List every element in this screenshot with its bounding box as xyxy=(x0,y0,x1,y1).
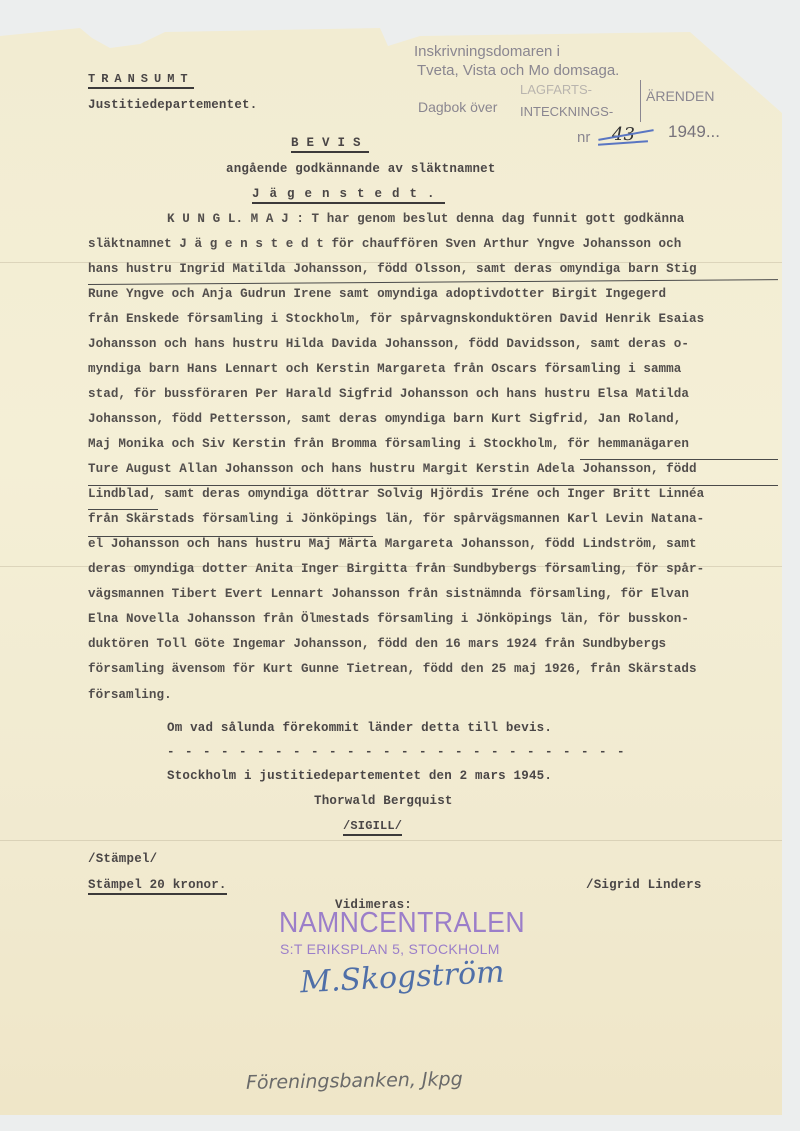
stamp-note: /Stämpel/ xyxy=(88,852,157,866)
countersign-name: /Sigrid Linders xyxy=(586,878,702,892)
pen-underline xyxy=(88,509,158,510)
pen-underline xyxy=(580,459,778,460)
decision-text-line: församling. xyxy=(88,688,172,702)
dash-rule: - - - - - - - - - - - - - - - - - - - - … xyxy=(167,745,626,759)
registry-bracket xyxy=(640,80,641,122)
registry-dagbok-label: Dagbok över xyxy=(418,99,497,115)
decision-text-line: Lindblad, samt deras omyndiga döttrar So… xyxy=(88,487,704,501)
decision-text-line: el Johansson och hans hustru Maj Märta M… xyxy=(88,537,697,551)
decision-text-line: vägsmannen Tibert Evert Lennart Johansso… xyxy=(88,587,689,601)
signatory-name: Thorwald Bergquist xyxy=(314,794,453,808)
decision-text-line: Rune Yngve och Anja Gudrun Irene samt om… xyxy=(88,287,666,301)
registry-stamp-line1: Inskrivningsdomaren i xyxy=(414,43,560,60)
agency-stamp-address: S:T ERIKSPLAN 5, STOCKHOLM xyxy=(280,941,500,957)
registry-stamp-line2: Tveta, Vista och Mo domsaga. xyxy=(417,62,619,79)
transumt-label: TRANSUMT xyxy=(88,72,194,89)
stamp-fee: Stämpel 20 kronor. xyxy=(88,878,227,895)
pen-underline xyxy=(88,485,778,486)
decision-text-line: församling ävensom för Kurt Gunne Tietre… xyxy=(88,662,697,676)
document-subtitle: angående godkännande av släktnamnet xyxy=(226,162,496,176)
registry-type-intecknings: INTECKNINGS- xyxy=(520,104,613,119)
decision-text-line: Elna Novella Johansson från Ölmestads fö… xyxy=(88,612,689,626)
closing-statement: Om vad sålunda förekommit länder detta t… xyxy=(167,721,552,735)
decision-text-line: deras omyndiga dotter Anita Inger Birgit… xyxy=(88,562,704,576)
registry-year-value: 1949... xyxy=(668,122,720,142)
decision-text-line: från Skärstads församling i Jönköpings l… xyxy=(88,512,704,526)
decision-text-line: Johansson, född Pettersson, samt deras o… xyxy=(88,412,681,426)
agency-stamp-name: NAMNCENTRALEN xyxy=(279,907,525,940)
pencil-note: Föreningsbanken, Jkpg xyxy=(246,1068,463,1094)
decision-text-line: myndiga barn Hans Lennart och Kerstin Ma… xyxy=(88,362,681,376)
decision-text-line: Maj Monika och Siv Kerstin från Bromma f… xyxy=(88,437,689,451)
decision-text-line: stad, för bussföraren Per Harald Sigfrid… xyxy=(88,387,689,401)
decision-text-line: duktören Toll Göte Ingemar Johansson, fö… xyxy=(88,637,666,651)
registry-nr-label: nr xyxy=(577,129,590,146)
seal-notation: /SIGILL/ xyxy=(343,819,402,836)
surname-heading: Jägenstedt. xyxy=(252,187,445,204)
registry-arenden-label: ÄRENDEN xyxy=(646,88,714,104)
decision-text-line: Ture August Allan Johansson och hans hus… xyxy=(88,462,697,476)
fold-crease xyxy=(0,840,782,841)
decision-text-line: hans hustru Ingrid Matilda Johansson, fö… xyxy=(88,262,697,276)
document-title: BEVIS xyxy=(291,136,369,153)
pen-underline xyxy=(88,536,373,537)
decision-text-line: släktnamnet J ä g e n s t e d t för chau… xyxy=(88,237,681,251)
decision-text-line: Johansson och hans hustru Hilda Davida J… xyxy=(88,337,689,351)
decision-text-line: från Enskede församling i Stockholm, för… xyxy=(88,312,704,326)
registry-type-lagfarts: LAGFARTS- xyxy=(520,82,592,97)
department-name: Justitiedepartementet. xyxy=(88,98,257,112)
place-and-date: Stockholm i justitiedepartementet den 2 … xyxy=(167,769,552,783)
decision-text-line: K U N G L. M A J : T har genom beslut de… xyxy=(167,212,684,226)
